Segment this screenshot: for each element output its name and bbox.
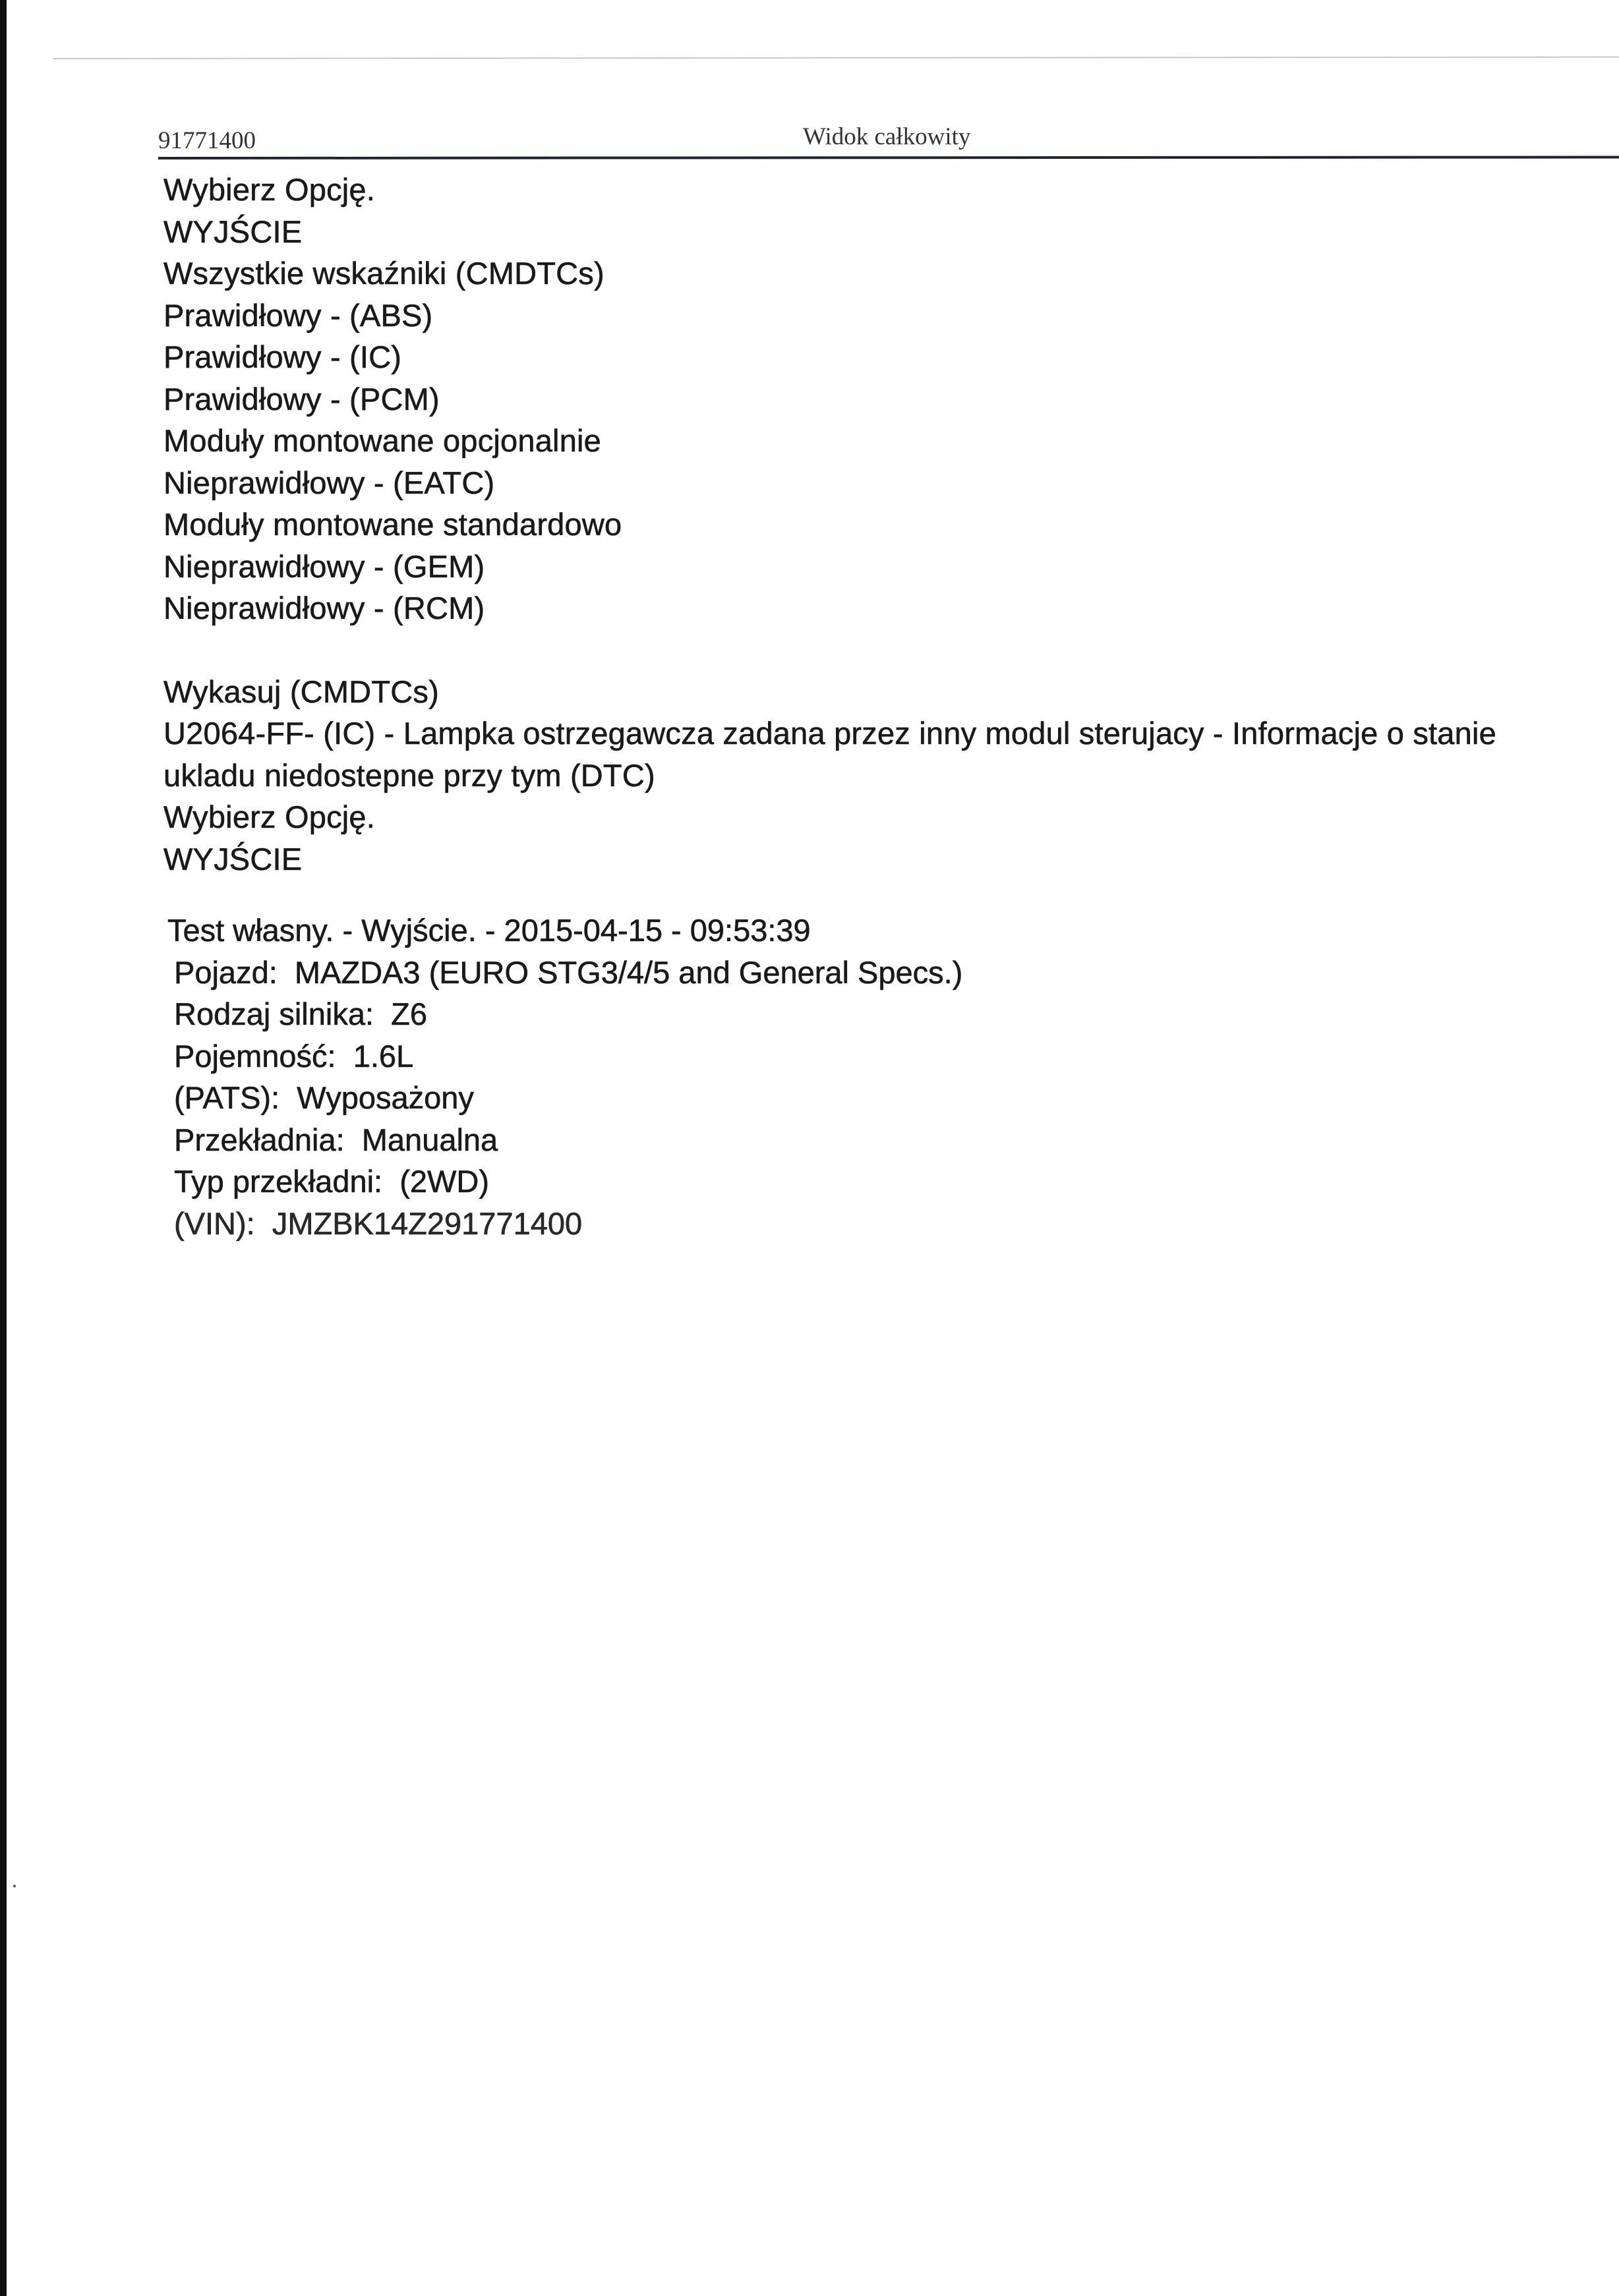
pats-row: (PATS):Wyposażony <box>167 1077 962 1119</box>
displacement-row: Pojemność:1.6L <box>167 1035 962 1077</box>
report-content: Wybierz Opcję. WYJŚCIE Wszystkie wskaźni… <box>163 169 1601 921</box>
module-status-eatc: Nieprawidłowy - (EATC) <box>163 462 1601 504</box>
transmission-label: Przekładnia: <box>174 1122 362 1157</box>
vin-label: (VIN): <box>174 1206 272 1241</box>
dtc-block: Wykasuj (CMDTCs) U2064-FF- (IC) - Lampka… <box>163 671 1601 880</box>
module-status-pcm: Prawidłowy - (PCM) <box>163 378 1601 420</box>
pats-label: (PATS): <box>174 1080 297 1115</box>
standard-modules-heading: Moduły montowane standardowo <box>163 503 1601 546</box>
drive-type-value: (2WD) <box>399 1164 489 1199</box>
self-test-block: Test własny. - Wyjście. - 2015-04-15 - 0… <box>167 909 962 1244</box>
module-status-abs: Prawidłowy - (ABS) <box>163 295 1601 337</box>
dtc-entry: U2064-FF- (IC) - Lampka ostrzegawcza zad… <box>163 712 1581 796</box>
select-option-line: Wybierz Opcję. <box>163 169 1601 211</box>
engine-type-row: Rodzaj silnika:Z6 <box>167 993 962 1035</box>
vehicle-row: Pojazd:MAZDA3 (EURO STG3/4/5 and General… <box>167 952 962 994</box>
optional-modules-heading: Moduły montowane opcjonalnie <box>163 420 1601 462</box>
displacement-label: Pojemność: <box>174 1039 353 1074</box>
header-divider <box>158 156 1619 159</box>
transmission-value: Manualna <box>362 1122 498 1157</box>
drive-type-label: Typ przekładni: <box>174 1164 399 1199</box>
displacement-value: 1.6L <box>353 1039 413 1074</box>
module-status-rcm: Nieprawidłowy - (RCM) <box>163 587 1601 629</box>
page-header: 91771400 Widok całkowity <box>158 121 1619 154</box>
scan-speck <box>13 1885 16 1887</box>
engine-type-value: Z6 <box>391 996 427 1031</box>
module-status-block: Wybierz Opcję. WYJŚCIE Wszystkie wskaźni… <box>163 169 1601 629</box>
transmission-row: Przekładnia:Manualna <box>167 1119 962 1161</box>
view-title: Widok całkowity <box>803 123 970 151</box>
select-option-line: Wybierz Opcję. <box>163 796 1601 838</box>
scan-edge <box>0 0 7 2296</box>
self-test-title: Test własny. - Wyjście. - 2015-04-15 - 0… <box>167 909 962 952</box>
exit-line: WYJŚCIE <box>163 838 1601 880</box>
drive-type-row: Typ przekładni:(2WD) <box>167 1161 962 1203</box>
vehicle-value: MAZDA3 (EURO STG3/4/5 and General Specs.… <box>295 955 962 990</box>
module-status-ic: Prawidłowy - (IC) <box>163 336 1601 378</box>
engine-type-label: Rodzaj silnika: <box>174 996 391 1031</box>
exit-line: WYJŚCIE <box>163 211 1601 253</box>
page-top-border <box>53 57 1619 59</box>
module-status-gem: Nieprawidłowy - (GEM) <box>163 546 1601 588</box>
document-id: 91771400 <box>158 127 256 155</box>
clear-dtcs-heading: Wykasuj (CMDTCs) <box>163 671 1601 713</box>
vin-row: (VIN):JMZBK14Z291771400 <box>167 1203 962 1245</box>
pats-value: Wyposażony <box>297 1080 474 1115</box>
all-indicators-line: Wszystkie wskaźniki (CMDTCs) <box>163 252 1601 295</box>
vin-value: JMZBK14Z291771400 <box>272 1206 582 1241</box>
vehicle-label: Pojazd: <box>174 955 295 990</box>
